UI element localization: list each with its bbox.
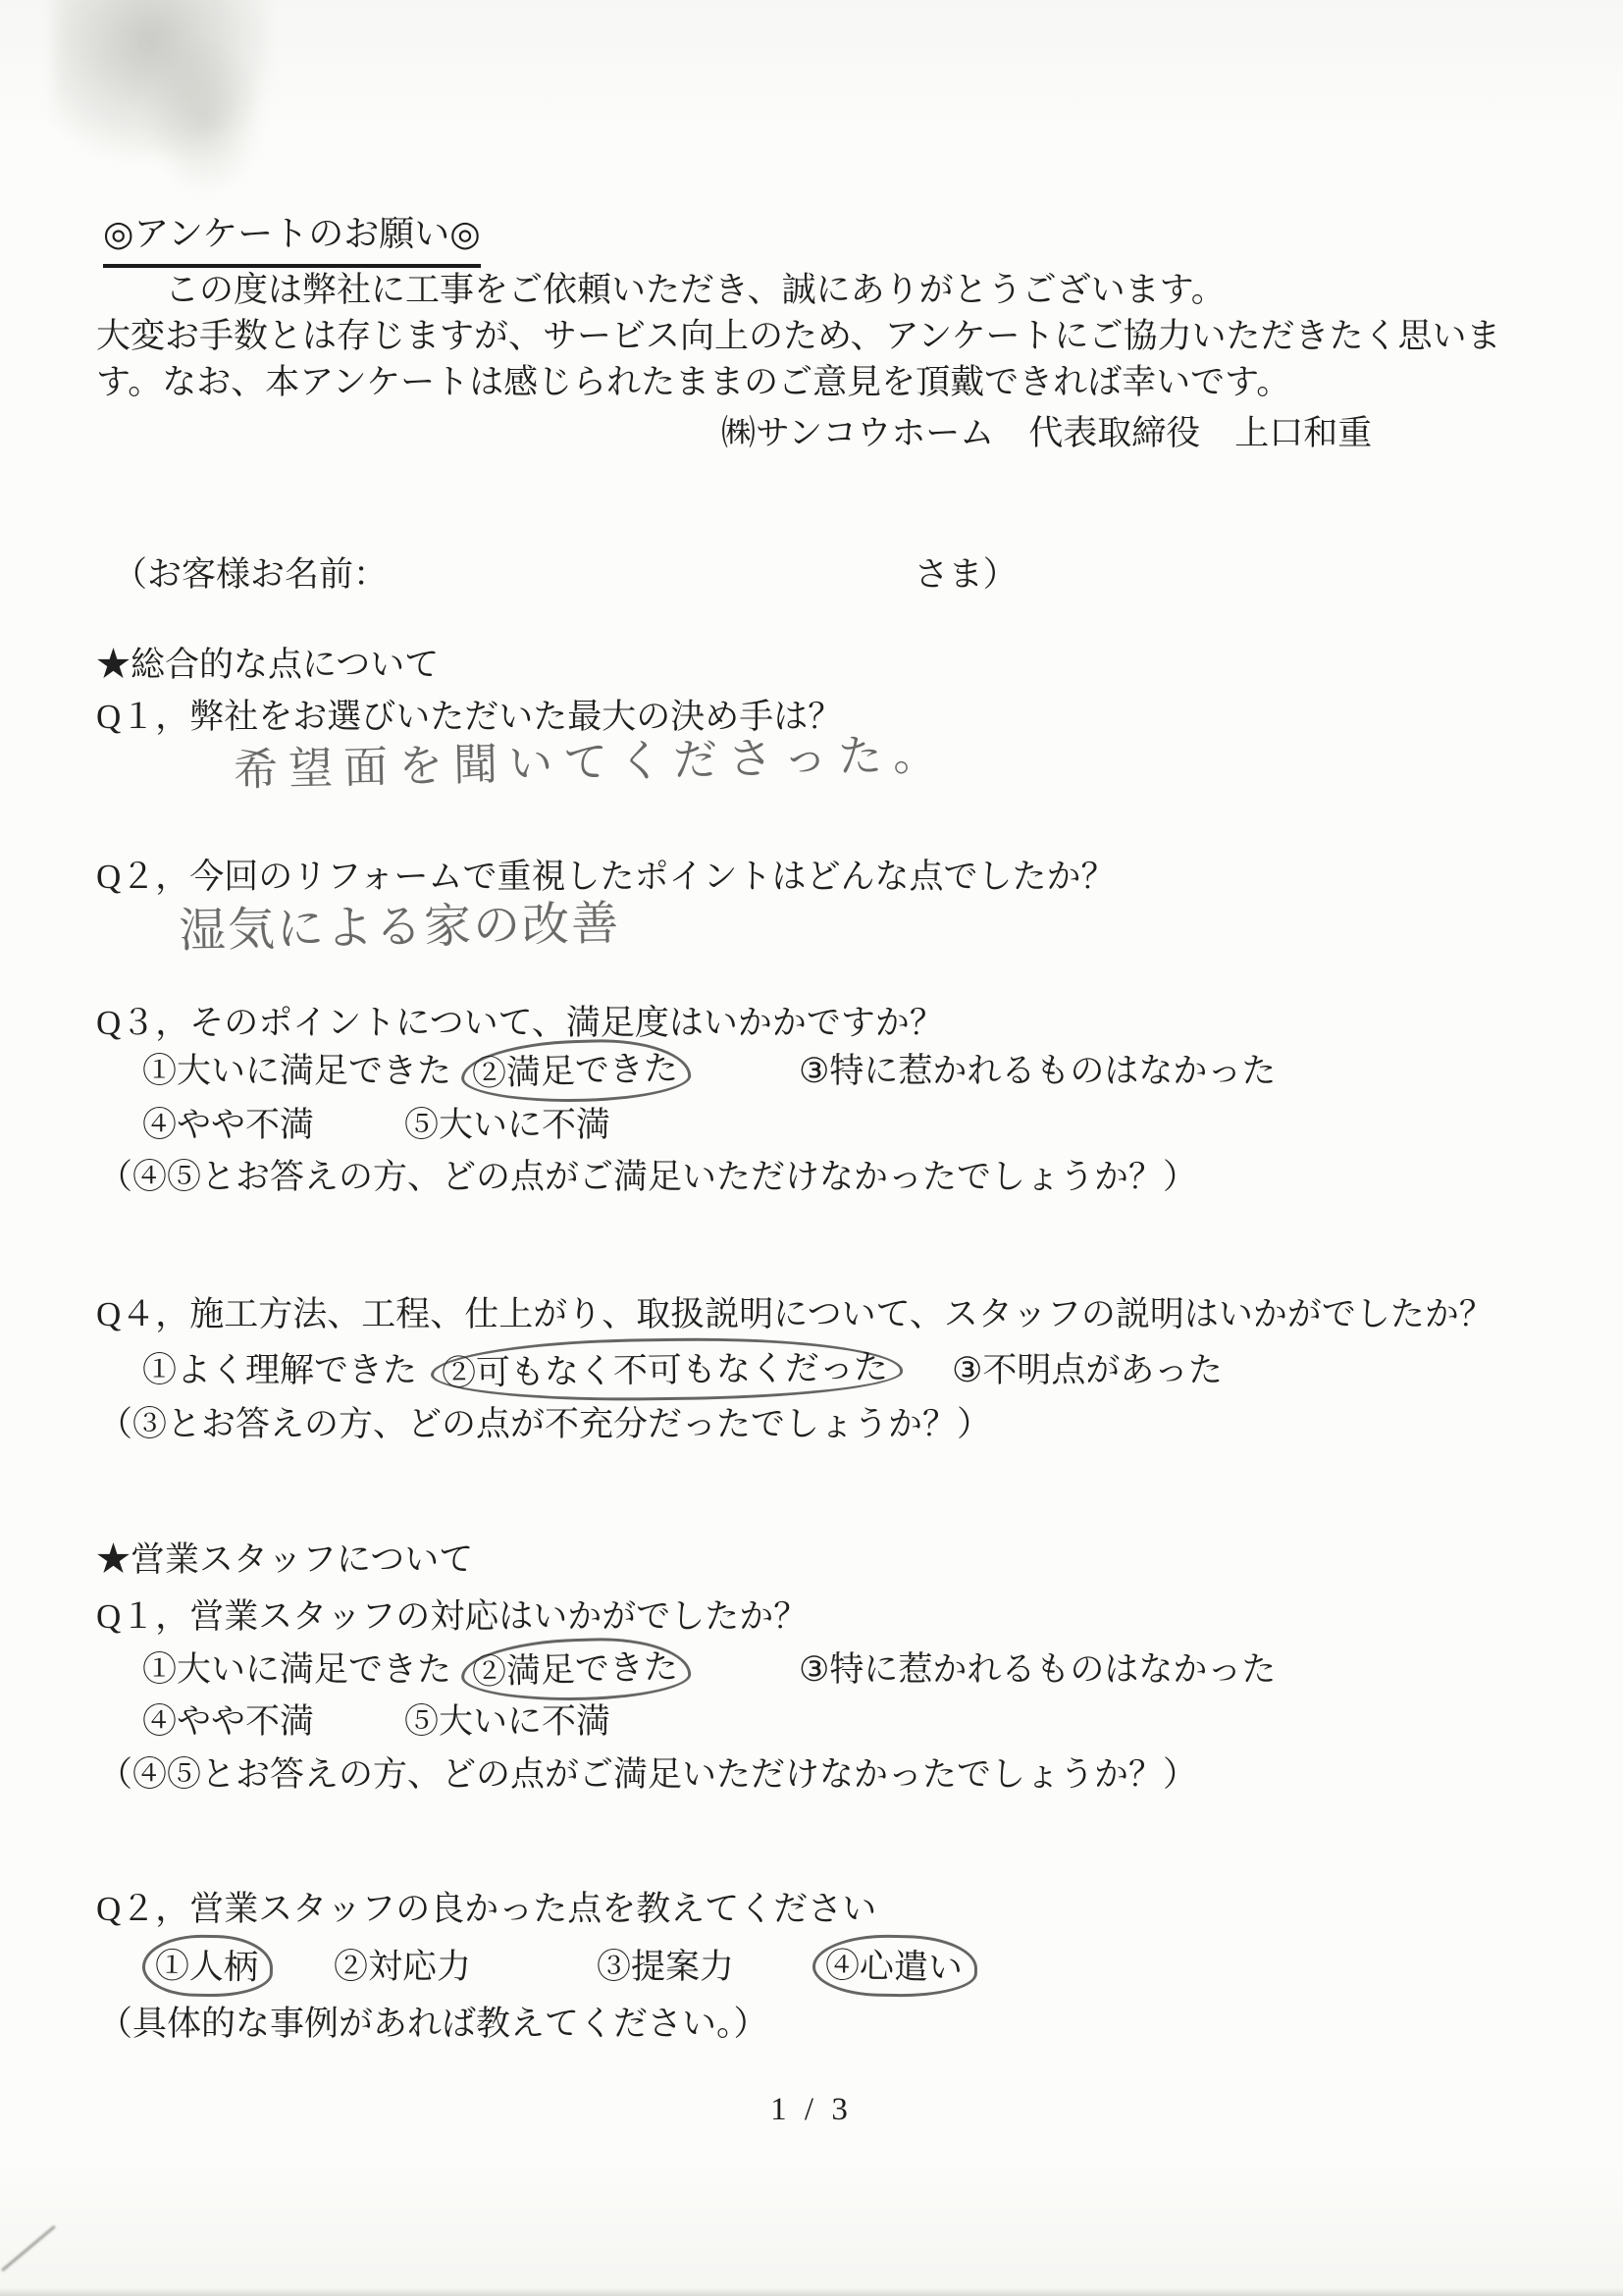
option-3: ③不明点があった — [952, 1351, 1223, 1389]
customer-name-line: （お客様お名前： さま） — [113, 548, 1018, 597]
scanned-survey-page: ◎アンケートのお願い◎ この度は弊社に工事をご依頼いただき、誠にありがとうござい… — [0, 0, 1623, 2296]
question-sales-q2: Q２，営業スタッフの良かった点を教えてください — [96, 1882, 876, 1931]
option-2: ②対応力 — [334, 1948, 471, 1986]
sales-q2-options: ①人柄②対応力③提案力④心遣い — [142, 1935, 977, 1997]
intro-paragraph: この度は弊社に工事をご依頼いただき、誠にありがとうございます。 大変お手数とは存… — [96, 267, 1501, 405]
question-general-q3: Q３，そのポイントについて、満足度はいかかですか？ — [96, 996, 944, 1045]
option-1: ①よく理解できた — [142, 1351, 417, 1389]
q3-note: （④⑤とお答えの方、どの点がご満足いただけなかったでしょうか？） — [98, 1150, 1197, 1199]
question-sales-q1: Q１，営業スタッフの対応はいかがでしたか？ — [96, 1590, 808, 1639]
option-2-handwritten-circle: ②可もなく不可もなくだった — [431, 1335, 904, 1404]
option-4: ④やや不満 — [142, 1106, 314, 1144]
option-3: ③提案力 — [597, 1948, 734, 1986]
q4-note: （③とお答えの方、どの点が不充分だったでしょうか？） — [98, 1397, 991, 1446]
sales-q1-note: （④⑤とお答えの方、どの点がご満足いただけなかったでしょうか？） — [98, 1748, 1197, 1797]
customer-name-suffix: さま） — [915, 555, 1018, 594]
sales-q2-note: （具体的な事例があれば教えてください。） — [98, 1997, 768, 2046]
option-4: ④やや不満 — [142, 1702, 314, 1741]
option-5: ⑤大いに不満 — [404, 1702, 610, 1741]
page-title: ◎アンケートのお願い◎ — [103, 206, 481, 268]
q3-options-row1: ①大いに満足できた②満足できた③特に惹かれるものはなかった — [142, 1040, 1276, 1102]
q3-options-row2: ④やや不満⑤大いに不満 — [142, 1098, 610, 1147]
scan-smudge — [147, 39, 265, 196]
option-4-handwritten-circle: ④心遣い — [812, 1934, 978, 1999]
option-1: ①大いに満足できた — [142, 1052, 451, 1090]
q4-options: ①よく理解できた②可もなく不可もなくだった③不明点があった — [142, 1338, 1223, 1400]
option-1: ①大いに満足できた — [142, 1650, 451, 1689]
intro-line-1: この度は弊社に工事をご依頼いただき、誠にありがとうございます。 — [96, 267, 1501, 313]
intro-line-2: 大変お手数とは存じますが、サービス向上のため、アンケートにご協力いただきたく思い… — [96, 313, 1501, 359]
option-2-handwritten-circle: ②満足できた — [460, 1037, 692, 1106]
scan-edge-shadow — [0, 2288, 1623, 2296]
question-general-q4: Q４，施工方法、工程、仕上がり、取扱説明について、スタッフの説明はいかがでしたか… — [96, 1287, 1493, 1336]
customer-name-prefix: （お客様お名前： — [113, 555, 388, 594]
intro-line-3: す。なお、本アンケートは感じられたままのご意見を頂戴できれば幸いです。 — [96, 359, 1501, 405]
sales-q1-options-row2: ④やや不満⑤大いに不満 — [142, 1695, 610, 1744]
option-3: ③特に惹かれるものはなかった — [799, 1052, 1276, 1090]
option-1-handwritten-circle: ①人柄 — [141, 1934, 273, 1998]
option-5: ⑤大いに不満 — [404, 1106, 610, 1144]
handwritten-answer-q2: 湿気による家の改善 — [178, 885, 620, 961]
sales-q1-options-row1: ①大いに満足できた②満足できた③特に惹かれるものはなかった — [142, 1639, 1276, 1700]
page-number: 1 / 3 — [0, 2092, 1623, 2128]
option-2-handwritten-circle: ②満足できた — [460, 1636, 692, 1704]
section-header-general: ★総合的な点について — [96, 638, 439, 687]
option-3: ③特に惹かれるものはなかった — [799, 1650, 1276, 1689]
section-header-sales: ★営業スタッフについて — [96, 1533, 473, 1582]
company-signature: ㈱サンコウホーム 代表取締役 上口和重 — [721, 406, 1372, 455]
scan-corner-mark — [1, 2225, 56, 2271]
